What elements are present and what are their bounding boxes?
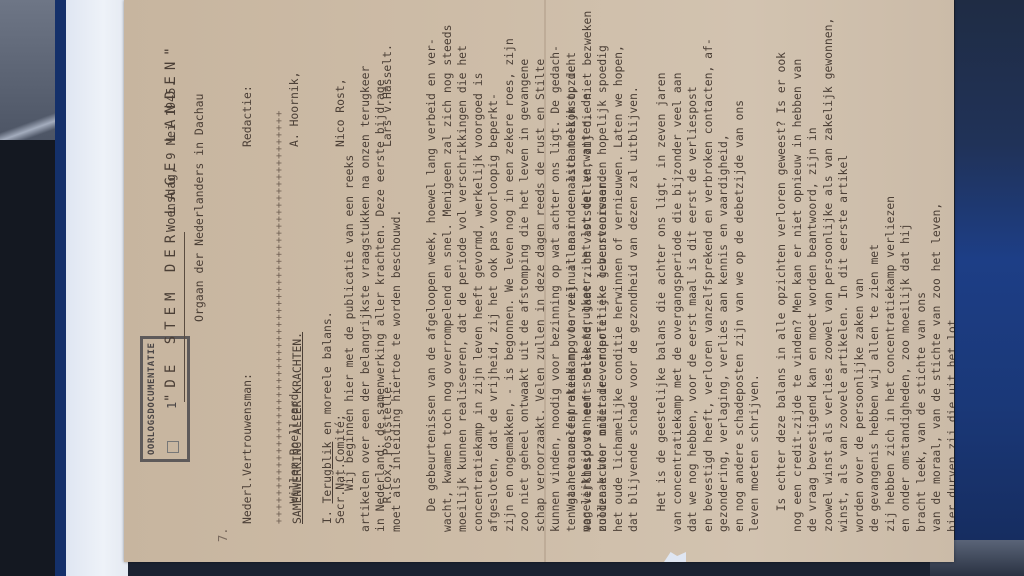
binder-sleeve [66, 0, 128, 576]
newsletter-subtitle: Orgaan der Nederlanders in Dachau [192, 94, 208, 322]
stamp-title: OORLOGSDOCUMENTATIE [145, 343, 161, 455]
document-page: 7. OORLOGSDOCUMENTATIE 1 "DE STEM DER LA… [124, 0, 954, 562]
article-heading: SAMENWERKING ALLER KRACHTEN. [290, 332, 306, 524]
editorial-line: A. Hoornik, [287, 44, 303, 147]
section-title: I. Terugblik en moreele balans. [320, 311, 336, 524]
stamp-number: 1 [165, 401, 181, 409]
page-number: 7. [216, 528, 232, 542]
editorial-line: Redactie: [240, 44, 256, 147]
body-paragraph: Wat het concentratiekamp voor zijn allen… [564, 17, 642, 532]
section-number: I. [320, 510, 334, 524]
intro-paragraph: Wij beginnen hier met de publicatie van … [342, 17, 404, 532]
body-paragraph: Het is de geestelijke balans die achter … [654, 17, 763, 532]
page-content-right: Wat het concentratiekamp voor zijn allen… [544, 0, 954, 562]
blue-fabric-background [955, 0, 1024, 576]
stamp-box [167, 441, 179, 453]
section-keyword: Terugblik [320, 442, 334, 504]
body-paragraph: Is echter deze balans in alle opzichten … [774, 17, 954, 532]
issue-date: Woensdag, 9 Mei 1945. [164, 80, 180, 232]
trustee-line: Nederl.Vertrouwensman: [240, 373, 256, 524]
title-underline [184, 232, 185, 402]
section-rest: en moreele balans. [320, 311, 334, 441]
plus-separator: ++++++++++++++++++++++++++++++++++++++++… [272, 110, 288, 524]
